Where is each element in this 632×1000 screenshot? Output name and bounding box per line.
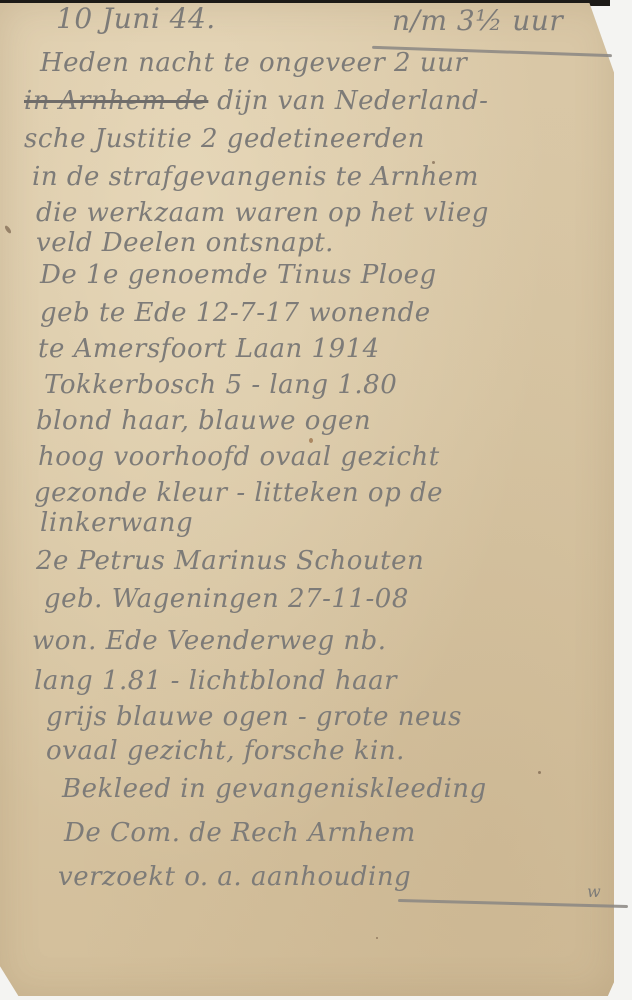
handwritten-line-6: veld Deelen ontsnapt. (36, 228, 334, 258)
handwritten-line-8: geb te Ede 12-7-17 wonende (40, 298, 431, 328)
handwritten-line-3: sche Justitie 2 gedetineerden (24, 124, 425, 154)
handwritten-line-20: ovaal gezicht, forsche kin. (46, 736, 405, 766)
note-date: 10 Juni 44. (56, 2, 216, 35)
handwritten-line-9: te Amersfoort Laan 1914 (38, 334, 380, 364)
handwritten-line-14: linkerwang (40, 508, 193, 538)
handwritten-line-1: Heden nacht te ongeveer 2 uur (40, 48, 467, 78)
note-time: n/m 3½ uur (392, 4, 563, 37)
paper-speck (4, 225, 12, 235)
handwritten-line-11: blond haar, blauwe ogen (36, 406, 371, 436)
handwritten-line-23: verzoekt o. a. aanhouding (58, 862, 411, 892)
handwritten-line-22: De Com. de Rech Arnhem (64, 818, 416, 848)
struck-out-text: in Arnhem de (24, 86, 208, 116)
handwritten-line-21: Bekleed in gevangeniskleeding (62, 774, 487, 804)
paper-speck (538, 771, 541, 774)
handwritten-line-15: 2e Petrus Marinus Schouten (36, 546, 424, 576)
scanned-document: 10 Juni 44. n/m 3½ uur Heden nacht te on… (0, 0, 632, 1000)
handwritten-line-13: gezonde kleur - litteken op de (34, 478, 443, 508)
line-continuation: dijn van Nederland- (217, 86, 488, 116)
handwritten-line-19: grijs blauwe ogen - grote neus (46, 702, 462, 732)
handwritten-line-18: lang 1.81 - lichtblond haar (34, 666, 397, 696)
handwritten-line-16: geb. Wageningen 27-11-08 (44, 584, 409, 614)
handwritten-line-2: in Arnhem de dijn van Nederland- (24, 86, 488, 116)
handwritten-line-12: hoog voorhoofd ovaal gezicht (38, 442, 440, 472)
handwritten-line-17: won. Ede Veenderweg nb. (32, 626, 387, 656)
handwritten-line-7: De 1e genoemde Tinus Ploeg (40, 260, 437, 290)
handwritten-line-10: Tokkerbosch 5 - lang 1.80 (44, 370, 397, 400)
paper-speck (376, 937, 378, 939)
handwritten-line-4: in de strafgevangenis te Arnhem (32, 162, 479, 192)
handwritten-line-5: die werkzaam waren op het vlieg (36, 198, 489, 228)
signature-mark: w (587, 882, 601, 901)
